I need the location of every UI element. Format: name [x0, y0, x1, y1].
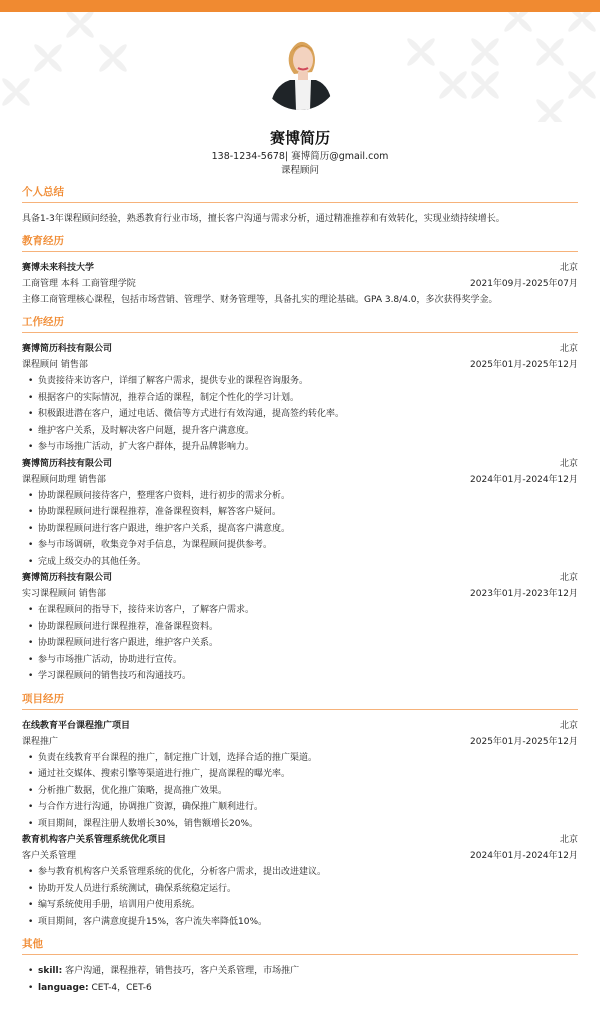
section-title: 项目经历	[22, 691, 578, 710]
list-item: 参与市场推广活动，协助进行宣传。	[26, 652, 578, 669]
project-entry: 教育机构客户关系管理系统优化项目 北京 客户关系管理 2024年01月-2024…	[22, 832, 578, 930]
profile-photo-icon	[260, 30, 340, 110]
education-entry: 赛博未来科技大学 北京 工商管理 本科 工商管理学院 2021年09月-2025…	[22, 260, 578, 308]
list-item: 协助课程顾问进行客户跟进，维护客户关系。	[26, 635, 578, 652]
bullet-list: skill: 客户沟通，课程推荐，销售技巧，客户关系管理，市场推广 langua…	[22, 963, 578, 996]
location: 北京	[560, 718, 578, 734]
date-range: 2024年01月-2024年12月	[470, 472, 578, 488]
location: 北京	[560, 456, 578, 472]
company-name: 赛博简历科技有限公司	[22, 456, 112, 472]
list-item: 参与市场调研，收集竞争对手信息，为课程顾问提供参考。	[26, 537, 578, 554]
candidate-name: 赛博简历	[0, 128, 600, 148]
phone-number: 138-1234-5678	[212, 151, 285, 162]
list-item: 完成上级交办的其他任务。	[26, 554, 578, 571]
list-item: 协助课程顾问进行课程推荐，准备课程资料。	[26, 619, 578, 636]
bullet-list: 参与教育机构客户关系管理系统的优化，分析客户需求，提出改进建议。 协助开发人员进…	[22, 864, 578, 930]
resume-header: 赛博简历 138-1234-5678| 赛博简历@gmail.com 课程顾问	[0, 30, 600, 178]
project-name: 教育机构客户关系管理系统优化项目	[22, 832, 166, 848]
list-item: 编写系统使用手册，培训用户使用系统。	[26, 897, 578, 914]
language-item: language: CET-4，CET-6	[26, 980, 578, 997]
education-description: 主修工商管理核心课程，包括市场营销、管理学、财务管理等，具备扎实的理论基础。GP…	[22, 292, 578, 308]
list-item: 积极跟进潜在客户，通过电话、微信等方式进行有效沟通，提高签约转化率。	[26, 406, 578, 423]
project-name: 在线教育平台课程推广项目	[22, 718, 130, 734]
item-value: CET-4，CET-6	[89, 983, 152, 993]
list-item: 与合作方进行沟通，协调推广资源，确保推广顺利进行。	[26, 799, 578, 816]
bullet-list: 负责在线教育平台课程的推广，制定推广计划，选择合适的推广渠道。 通过社交媒体、搜…	[22, 750, 578, 833]
location: 北京	[560, 570, 578, 586]
company-name: 赛博简历科技有限公司	[22, 570, 112, 586]
section-work: 工作经历 赛博简历科技有限公司 北京 课程顾问 销售部 2025年01月-202…	[22, 314, 578, 685]
role: 课程推广	[22, 734, 58, 750]
list-item: 协助课程顾问接待客户，整理客户资料，进行初步的需求分析。	[26, 488, 578, 505]
summary-text: 具备1-3年课程顾问经验，熟悉教育行业市场，擅长客户沟通与需求分析，通过精准推荐…	[22, 211, 578, 227]
contact-line: 138-1234-5678| 赛博简历@gmail.com	[0, 150, 600, 164]
role: 课程顾问 销售部	[22, 357, 88, 373]
role: 实习课程顾问 销售部	[22, 586, 106, 602]
company-name: 赛博简历科技有限公司	[22, 341, 112, 357]
date-range: 2024年01月-2024年12月	[470, 848, 578, 864]
list-item: 分析推广数据，优化推广策略，提高推广效果。	[26, 783, 578, 800]
bullet-list: 负责接待来访客户，详细了解客户需求，提供专业的课程咨询服务。 根据客户的实际情况…	[22, 373, 578, 456]
role: 客户关系管理	[22, 848, 76, 864]
list-item: 协助课程顾问进行客户跟进，维护客户关系，提高客户满意度。	[26, 521, 578, 538]
item-label: skill:	[38, 966, 62, 976]
list-item: 参与教育机构客户关系管理系统的优化，分析客户需求，提出改进建议。	[26, 864, 578, 881]
section-title: 其他	[22, 936, 578, 955]
contact-separator: |	[285, 151, 288, 162]
section-other: 其他 skill: 客户沟通，课程推荐，销售技巧，客户关系管理，市场推广 lan…	[22, 936, 578, 996]
list-item: 项目期间，课程注册人数增长30%，销售额增长20%。	[26, 816, 578, 833]
job-title: 课程顾问	[0, 164, 600, 178]
location: 北京	[560, 832, 578, 848]
section-education: 教育经历 赛博未来科技大学 北京 工商管理 本科 工商管理学院 2021年09月…	[22, 233, 578, 308]
resume-content: 个人总结 具备1-3年课程顾问经验，熟悉教育行业市场，擅长客户沟通与需求分析，通…	[22, 184, 578, 1002]
list-item: 负责接待来访客户，详细了解客户需求，提供专业的课程咨询服务。	[26, 373, 578, 390]
role: 课程顾问助理 销售部	[22, 472, 106, 488]
section-summary: 个人总结 具备1-3年课程顾问经验，熟悉教育行业市场，擅长客户沟通与需求分析，通…	[22, 184, 578, 227]
work-entry: 赛博简历科技有限公司 北京 课程顾问 销售部 2025年01月-2025年12月…	[22, 341, 578, 456]
skill-item: skill: 客户沟通，课程推荐，销售技巧，客户关系管理，市场推广	[26, 963, 578, 980]
work-entry: 赛博简历科技有限公司 北京 实习课程顾问 销售部 2023年01月-2023年1…	[22, 570, 578, 685]
item-label: language:	[38, 983, 89, 993]
date-range: 2025年01月-2025年12月	[470, 357, 578, 373]
top-accent-bar	[0, 0, 600, 12]
section-title: 教育经历	[22, 233, 578, 252]
date-range: 2023年01月-2023年12月	[470, 586, 578, 602]
project-entry: 在线教育平台课程推广项目 北京 课程推广 2025年01月-2025年12月 负…	[22, 718, 578, 833]
section-title: 个人总结	[22, 184, 578, 203]
list-item: 根据客户的实际情况，推荐合适的课程，制定个性化的学习计划。	[26, 390, 578, 407]
school-name: 赛博未来科技大学	[22, 260, 94, 276]
list-item: 在课程顾问的指导下，接待来访客户，了解客户需求。	[26, 602, 578, 619]
section-projects: 项目经历 在线教育平台课程推广项目 北京 课程推广 2025年01月-2025年…	[22, 691, 578, 931]
list-item: 负责在线教育平台课程的推广，制定推广计划，选择合适的推广渠道。	[26, 750, 578, 767]
section-title: 工作经历	[22, 314, 578, 333]
work-entry: 赛博简历科技有限公司 北京 课程顾问助理 销售部 2024年01月-2024年1…	[22, 456, 578, 571]
location: 北京	[560, 341, 578, 357]
email-address: 赛博简历@gmail.com	[291, 151, 388, 162]
list-item: 协助课程顾问进行课程推荐，准备课程资料，解答客户疑问。	[26, 504, 578, 521]
item-value: 客户沟通，课程推荐，销售技巧，客户关系管理，市场推广	[62, 966, 299, 976]
list-item: 项目期间，客户满意度提升15%，客户流失率降低10%。	[26, 914, 578, 931]
bullet-list: 协助课程顾问接待客户，整理客户资料，进行初步的需求分析。 协助课程顾问进行课程推…	[22, 488, 578, 571]
list-item: 学习课程顾问的销售技巧和沟通技巧。	[26, 668, 578, 685]
list-item: 参与市场推广活动，扩大客户群体，提升品牌影响力。	[26, 439, 578, 456]
list-item: 通过社交媒体、搜索引擎等渠道进行推广，提高课程的曝光率。	[26, 766, 578, 783]
date-range: 2025年01月-2025年12月	[470, 734, 578, 750]
avatar	[260, 30, 340, 110]
bullet-list: 在课程顾问的指导下，接待来访客户，了解客户需求。 协助课程顾问进行课程推荐，准备…	[22, 602, 578, 685]
degree-detail: 工商管理 本科 工商管理学院	[22, 276, 136, 292]
date-range: 2021年09月-2025年07月	[470, 276, 578, 292]
list-item: 协助开发人员进行系统测试，确保系统稳定运行。	[26, 881, 578, 898]
location: 北京	[560, 260, 578, 276]
list-item: 维护客户关系，及时解决客户问题，提升客户满意度。	[26, 423, 578, 440]
